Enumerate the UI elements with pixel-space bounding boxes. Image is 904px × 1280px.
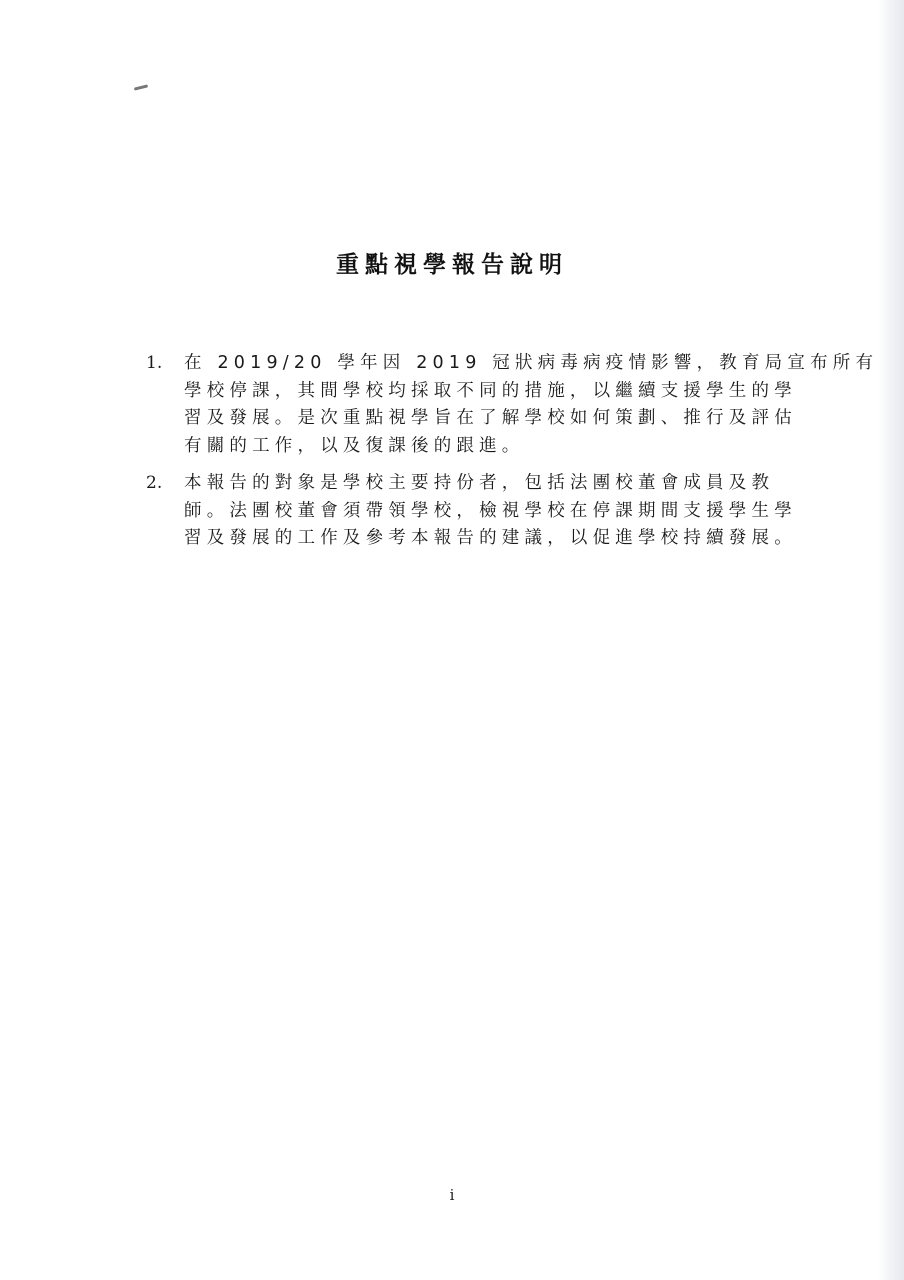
text-line: 有關的工作，以及復課後的跟進。 (184, 433, 878, 461)
list-item: 2. 本報告的對象是學校主要持份者，包括法團校董會成員及教 師。法團校董會須帶領… (146, 470, 836, 553)
text-line: 習及發展的工作及參考本報告的建議，以促進學校持續發展。 (184, 525, 836, 553)
text-line: 師。法團校董會須帶領學校，檢視學校在停課期間支援學生學 (184, 498, 836, 526)
list-item-text: 在 2019/20 學年因 2019 冠狀病毒病疫情影響，教育局宣布所有 學校停… (184, 350, 878, 460)
document-page: 重點視學報告說明 1. 在 2019/20 學年因 2019 冠狀病毒病疫情影響… (0, 0, 904, 1280)
page-number: i (0, 1186, 904, 1204)
scan-artifact-mark (134, 84, 148, 90)
text-line: 習及發展。是次重點視學旨在了解學校如何策劃、推行及評估 (184, 405, 878, 433)
text-line: 學校停課，其間學校均採取不同的措施，以繼續支援學生的學 (184, 378, 878, 406)
list-item-number: 2. (146, 470, 184, 553)
page-title: 重點視學報告說明 (0, 246, 904, 279)
scan-edge-shadow (878, 0, 904, 1280)
text-line: 本報告的對象是學校主要持份者，包括法團校董會成員及教 (184, 470, 836, 498)
text-line: 在 2019/20 學年因 2019 冠狀病毒病疫情影響，教育局宣布所有 (184, 350, 878, 378)
list-item-text: 本報告的對象是學校主要持份者，包括法團校董會成員及教 師。法團校董會須帶領學校，… (184, 470, 836, 553)
list-item: 1. 在 2019/20 學年因 2019 冠狀病毒病疫情影響，教育局宣布所有 … (146, 350, 836, 460)
list-item-number: 1. (146, 350, 184, 460)
explanation-list: 1. 在 2019/20 學年因 2019 冠狀病毒病疫情影響，教育局宣布所有 … (146, 350, 836, 563)
